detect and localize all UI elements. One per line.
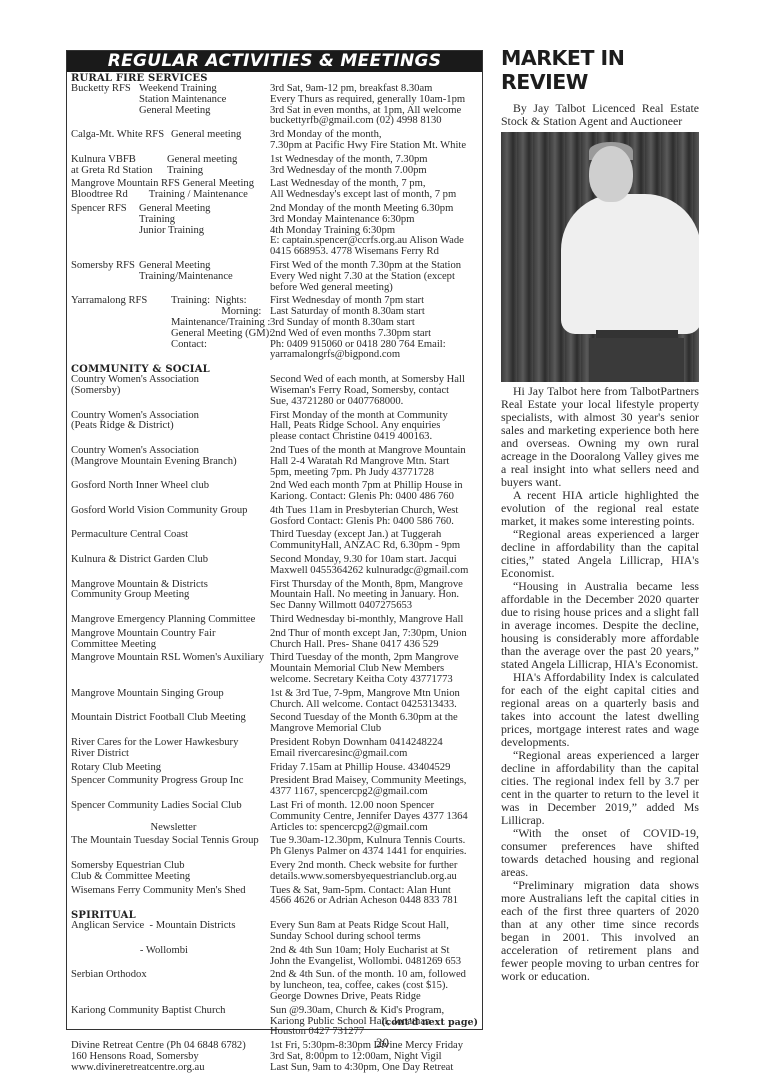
- activity-name: Wisemans Ferry Community Men's Shed: [71, 886, 270, 897]
- activity-name: Mangrove Mountain RSL Women's Auxiliary: [71, 653, 270, 664]
- activity-details: Every 2nd month. Check website for furth…: [270, 861, 482, 883]
- activity-name: Rotary Club Meeting: [71, 763, 270, 774]
- activity-name: Calga-Mt. White RFS: [71, 130, 171, 141]
- activity-row: Anglican Service - Mountain DistrictsEve…: [71, 921, 482, 943]
- activity-row: Mangrove Mountain RFS General Meeting Bl…: [71, 179, 482, 201]
- activity-details: 2nd & 4th Sun. of the month. 10 am, foll…: [270, 970, 482, 1002]
- article-paragraph: “With the onset of COVID-19, consumer pr…: [501, 827, 699, 879]
- activity-name-cell: Mountain District Football Club Meeting: [71, 713, 270, 735]
- activity-row: The Mountain Tuesday Social Tennis Group…: [71, 836, 482, 858]
- activity-name-cell: Kulnura VBFB at Greta Rd StationGeneral …: [71, 155, 270, 177]
- activity-name: Spencer Community Progress Group Inc: [71, 776, 270, 787]
- activity-name: Serbian Orthodox: [71, 970, 270, 981]
- activity-row: River Cares for the Lower Hawkesbury Riv…: [71, 738, 482, 760]
- article-title: MARKET IN REVIEW: [501, 46, 699, 94]
- activity-details: Second Tuesday of the Month 6.30pm at th…: [270, 713, 482, 735]
- page-number: 20: [376, 1035, 389, 1051]
- article-paragraph: “Preliminary migration data shows more A…: [501, 879, 699, 983]
- activity-details: Tue 9.30am-12.30pm, Kulnura Tennis Court…: [270, 836, 482, 858]
- activity-name: River Cares for the Lower Hawkesbury Riv…: [71, 738, 270, 760]
- activity-row: Mangrove Mountain Country Fair Committee…: [71, 629, 482, 651]
- activity-name-cell: Bucketty RFSWeekend TrainingStation Main…: [71, 84, 270, 127]
- activity-name: Divine Retreat Centre (Ph 04 6848 6782) …: [71, 1041, 270, 1073]
- activity-name: Kulnura & District Garden Club: [71, 555, 270, 566]
- activity-details: Third Wednesday bi-monthly, Mangrove Hal…: [270, 615, 482, 626]
- activity-name: Mountain District Football Club Meeting: [71, 713, 270, 724]
- activity-details: 2nd Monday of the month Meeting 6.30pm 3…: [270, 204, 482, 258]
- activity-name-cell: Mangrove Mountain Singing Group: [71, 689, 270, 711]
- activity-row: - Wollombi2nd & 4th Sun 10am; Holy Eucha…: [71, 946, 482, 968]
- activity-details: 2nd Wed each month 7pm at Phillip House …: [270, 481, 482, 503]
- activity-details: Every Sun 8am at Peats Ridge Scout Hall,…: [270, 921, 482, 943]
- activity-row: Mountain District Football Club MeetingS…: [71, 713, 482, 735]
- activity-details: Third Tuesday (except Jan.) at Tuggerah …: [270, 530, 482, 552]
- activity-row: Divine Retreat Centre (Ph 04 6848 6782) …: [71, 1041, 482, 1073]
- activity-name-cell: Country Women's Association (Mangrove Mo…: [71, 446, 270, 478]
- author-photo: [501, 132, 699, 382]
- activity-name-cell: Mangrove Mountain & Districts Community …: [71, 580, 270, 612]
- activity-details: President Robyn Downham 0414248224 Email…: [270, 738, 482, 760]
- activity-row: Serbian Orthodox2nd & 4th Sun. of the mo…: [71, 970, 482, 1002]
- activity-details: Friday 7.15am at Phillip House. 43404529: [270, 763, 482, 774]
- activity-name: Kulnura VBFB at Greta Rd Station: [71, 155, 167, 177]
- activity-row: Mangrove Mountain Singing Group1st & 3rd…: [71, 689, 482, 711]
- activity-row: Mangrove Emergency Planning CommitteeThi…: [71, 615, 482, 626]
- activity-row: Permaculture Central CoastThird Tuesday …: [71, 530, 482, 552]
- activity-subtype: General Meeting: [139, 106, 226, 117]
- activity-details: 3rd Monday of the month, 7.30pm at Pacif…: [270, 130, 482, 152]
- activity-name: Mangrove Mountain Country Fair Committee…: [71, 629, 270, 651]
- article-paragraph: Hi Jay Talbot here from TalbotPartners R…: [501, 385, 699, 489]
- activity-row: Mangrove Mountain & Districts Community …: [71, 580, 482, 612]
- activity-row: Country Women's Association (Mangrove Mo…: [71, 446, 482, 478]
- activity-row: Mangrove Mountain RSL Women's AuxiliaryT…: [71, 653, 482, 685]
- market-in-review-article: MARKET IN REVIEW By Jay Talbot Licenced …: [501, 46, 699, 983]
- article-paragraph: “Housing in Australia became less afford…: [501, 580, 699, 671]
- activity-name-cell: River Cares for the Lower Hawkesbury Riv…: [71, 738, 270, 760]
- activity-name: Anglican Service - Mountain Districts: [71, 921, 270, 932]
- continued-note: (cont'd next page): [381, 1017, 478, 1028]
- activity-details: First Thursday of the Month, 8pm, Mangro…: [270, 580, 482, 612]
- activity-name-cell: Mangrove Emergency Planning Committee: [71, 615, 270, 626]
- activity-name-cell: Somersby Equestrian Club Club & Committe…: [71, 861, 270, 883]
- activity-details: 3rd Sat, 9am-12 pm, breakfast 8.30am Eve…: [270, 84, 482, 127]
- activity-subtype: General meeting: [167, 155, 237, 166]
- activity-name-cell: Divine Retreat Centre (Ph 04 6848 6782) …: [71, 1041, 270, 1073]
- regular-activities-box: REGULAR ACTIVITIES & MEETINGS RURAL FIRE…: [66, 50, 483, 1030]
- activity-row: Bucketty RFSWeekend TrainingStation Main…: [71, 84, 482, 127]
- activity-name: Mangrove Emergency Planning Committee: [71, 615, 270, 626]
- activity-name: Spencer Community Ladies Social Club New…: [71, 801, 270, 833]
- article-body: Hi Jay Talbot here from TalbotPartners R…: [501, 385, 699, 983]
- activity-name: Mangrove Mountain & Districts Community …: [71, 580, 270, 602]
- activity-row: Spencer Community Ladies Social Club New…: [71, 801, 482, 833]
- activity-subtype: Training: [167, 166, 237, 177]
- activity-row: Spencer RFSGeneral MeetingTrainingJunior…: [71, 204, 482, 258]
- activity-details: First Wed of the month 7.30pm at the Sta…: [270, 261, 482, 293]
- activity-name-cell: Somersby RFSGeneral MeetingTraining/Main…: [71, 261, 270, 293]
- activity-row: Kulnura VBFB at Greta Rd StationGeneral …: [71, 155, 482, 177]
- sections-container: RURAL FIRE SERVICESBucketty RFSWeekend T…: [67, 73, 482, 1074]
- activity-details: Last Wednesday of the month, 7 pm, All W…: [270, 179, 482, 201]
- activity-name-cell: Mangrove Mountain RSL Women's Auxiliary: [71, 653, 270, 685]
- activity-details: Second Monday, 9.30 for 10am start. Jacq…: [270, 555, 482, 577]
- activity-details: President Brad Maisey, Community Meeting…: [270, 776, 482, 798]
- activity-details: Tues & Sat, 9am-5pm. Contact: Alan Hunt …: [270, 886, 482, 908]
- activity-name: Mangrove Mountain RFS General Meeting Bl…: [71, 179, 270, 201]
- activity-details: Last Fri of month. 12.00 noon Spencer Co…: [270, 801, 482, 833]
- box-header: REGULAR ACTIVITIES & MEETINGS: [67, 51, 482, 72]
- activity-details: Second Wed of each month, at Somersby Ha…: [270, 375, 482, 407]
- activity-details: 2nd & 4th Sun 10am; Holy Eucharist at St…: [270, 946, 482, 968]
- article-paragraph: “Regional areas experienced a larger dec…: [501, 528, 699, 580]
- activity-name-cell: Calga-Mt. White RFSGeneral meeting: [71, 130, 270, 152]
- activity-subtype: Station Maintenance: [139, 95, 226, 106]
- activity-details: 2nd Thur of month except Jan, 7:30pm, Un…: [270, 629, 482, 651]
- activity-name: Kariong Community Baptist Church: [71, 1006, 270, 1017]
- activity-row: Country Women's Association (Somersby)Se…: [71, 375, 482, 407]
- activity-name-cell: Permaculture Central Coast: [71, 530, 270, 552]
- activity-subtype: Contact:: [171, 340, 272, 351]
- activity-details: 2nd Tues of the month at Mangrove Mounta…: [270, 446, 482, 478]
- activity-name: Somersby RFS: [71, 261, 139, 283]
- activity-name: Country Women's Association (Somersby): [71, 375, 270, 397]
- activity-details: 4th Tues 11am in Presbyterian Church, We…: [270, 506, 482, 528]
- activity-details: First Wednesday of month 7pm start Last …: [270, 296, 482, 361]
- activity-name-cell: Serbian Orthodox: [71, 970, 270, 1002]
- activity-name-cell: Kariong Community Baptist Church: [71, 1006, 270, 1038]
- activity-name-cell: - Wollombi: [71, 946, 270, 968]
- activity-row: Kulnura & District Garden ClubSecond Mon…: [71, 555, 482, 577]
- activity-name-cell: Spencer Community Progress Group Inc: [71, 776, 270, 798]
- activity-name: Mangrove Mountain Singing Group: [71, 689, 270, 700]
- activity-name: The Mountain Tuesday Social Tennis Group: [71, 836, 270, 847]
- activity-name-cell: Anglican Service - Mountain Districts: [71, 921, 270, 943]
- activity-subtype: General Meeting (GM):: [171, 329, 272, 340]
- activity-subtype: Training/Maintenance: [139, 272, 233, 283]
- activity-details: 1st & 3rd Tue, 7-9pm, Mangrove Mtn Union…: [270, 689, 482, 711]
- activity-name: Country Women's Association (Mangrove Mo…: [71, 446, 270, 468]
- activity-name: Gosford North Inner Wheel club: [71, 481, 270, 492]
- activity-name-cell: Mangrove Mountain Country Fair Committee…: [71, 629, 270, 651]
- activity-name: Yarramalong RFS: [71, 296, 171, 350]
- activity-name-cell: Mangrove Mountain RFS General Meeting Bl…: [71, 179, 270, 201]
- activity-details: 1st Wednesday of the month, 7.30pm 3rd W…: [270, 155, 482, 177]
- article-byline: By Jay Talbot Licenced Real Estate Stock…: [501, 102, 699, 128]
- activity-name: Spencer RFS: [71, 204, 139, 236]
- activity-name: Permaculture Central Coast: [71, 530, 270, 541]
- activity-name: Country Women's Association (Peats Ridge…: [71, 411, 270, 433]
- activity-row: Somersby RFSGeneral MeetingTraining/Main…: [71, 261, 482, 293]
- activity-name-cell: Country Women's Association (Somersby): [71, 375, 270, 407]
- activity-name: Somersby Equestrian Club Club & Committe…: [71, 861, 270, 883]
- activity-row: Somersby Equestrian Club Club & Committe…: [71, 861, 482, 883]
- activity-name: Bucketty RFS: [71, 84, 139, 116]
- activity-subtype: General meeting: [171, 130, 241, 141]
- activity-details: Third Tuesday of the month, 2pm Mangrove…: [270, 653, 482, 685]
- activity-row: Gosford World Vision Community Group4th …: [71, 506, 482, 528]
- activity-row: Spencer Community Progress Group IncPres…: [71, 776, 482, 798]
- activity-name-cell: Gosford World Vision Community Group: [71, 506, 270, 528]
- article-paragraph: “Regional areas experienced a larger dec…: [501, 749, 699, 827]
- article-paragraph: HIA's Affordability Index is calculated …: [501, 671, 699, 749]
- article-paragraph: A recent HIA article highlighted the evo…: [501, 489, 699, 528]
- activity-name-cell: Gosford North Inner Wheel club: [71, 481, 270, 503]
- activity-row: Calga-Mt. White RFSGeneral meeting3rd Mo…: [71, 130, 482, 152]
- activity-details: First Monday of the month at Community H…: [270, 411, 482, 443]
- activity-row: Rotary Club MeetingFriday 7.15am at Phil…: [71, 763, 482, 774]
- activity-subtype: Junior Training: [139, 226, 210, 237]
- activity-subtype: Training: [139, 215, 210, 226]
- activity-name-cell: Yarramalong RFSTraining: Nights: Morning…: [71, 296, 270, 361]
- activity-name: - Wollombi: [71, 946, 270, 957]
- activity-row: Wisemans Ferry Community Men's ShedTues …: [71, 886, 482, 908]
- activity-name-cell: Wisemans Ferry Community Men's Shed: [71, 886, 270, 908]
- activity-name: Gosford World Vision Community Group: [71, 506, 270, 517]
- activity-row: Country Women's Association (Peats Ridge…: [71, 411, 482, 443]
- activity-name-cell: Country Women's Association (Peats Ridge…: [71, 411, 270, 443]
- activity-name-cell: Spencer RFSGeneral MeetingTrainingJunior…: [71, 204, 270, 258]
- activity-name-cell: Rotary Club Meeting: [71, 763, 270, 774]
- activity-name-cell: Kulnura & District Garden Club: [71, 555, 270, 577]
- activity-name-cell: The Mountain Tuesday Social Tennis Group: [71, 836, 270, 858]
- activity-name-cell: Spencer Community Ladies Social Club New…: [71, 801, 270, 833]
- activity-row: Gosford North Inner Wheel club2nd Wed ea…: [71, 481, 482, 503]
- activity-row: Yarramalong RFSTraining: Nights: Morning…: [71, 296, 482, 361]
